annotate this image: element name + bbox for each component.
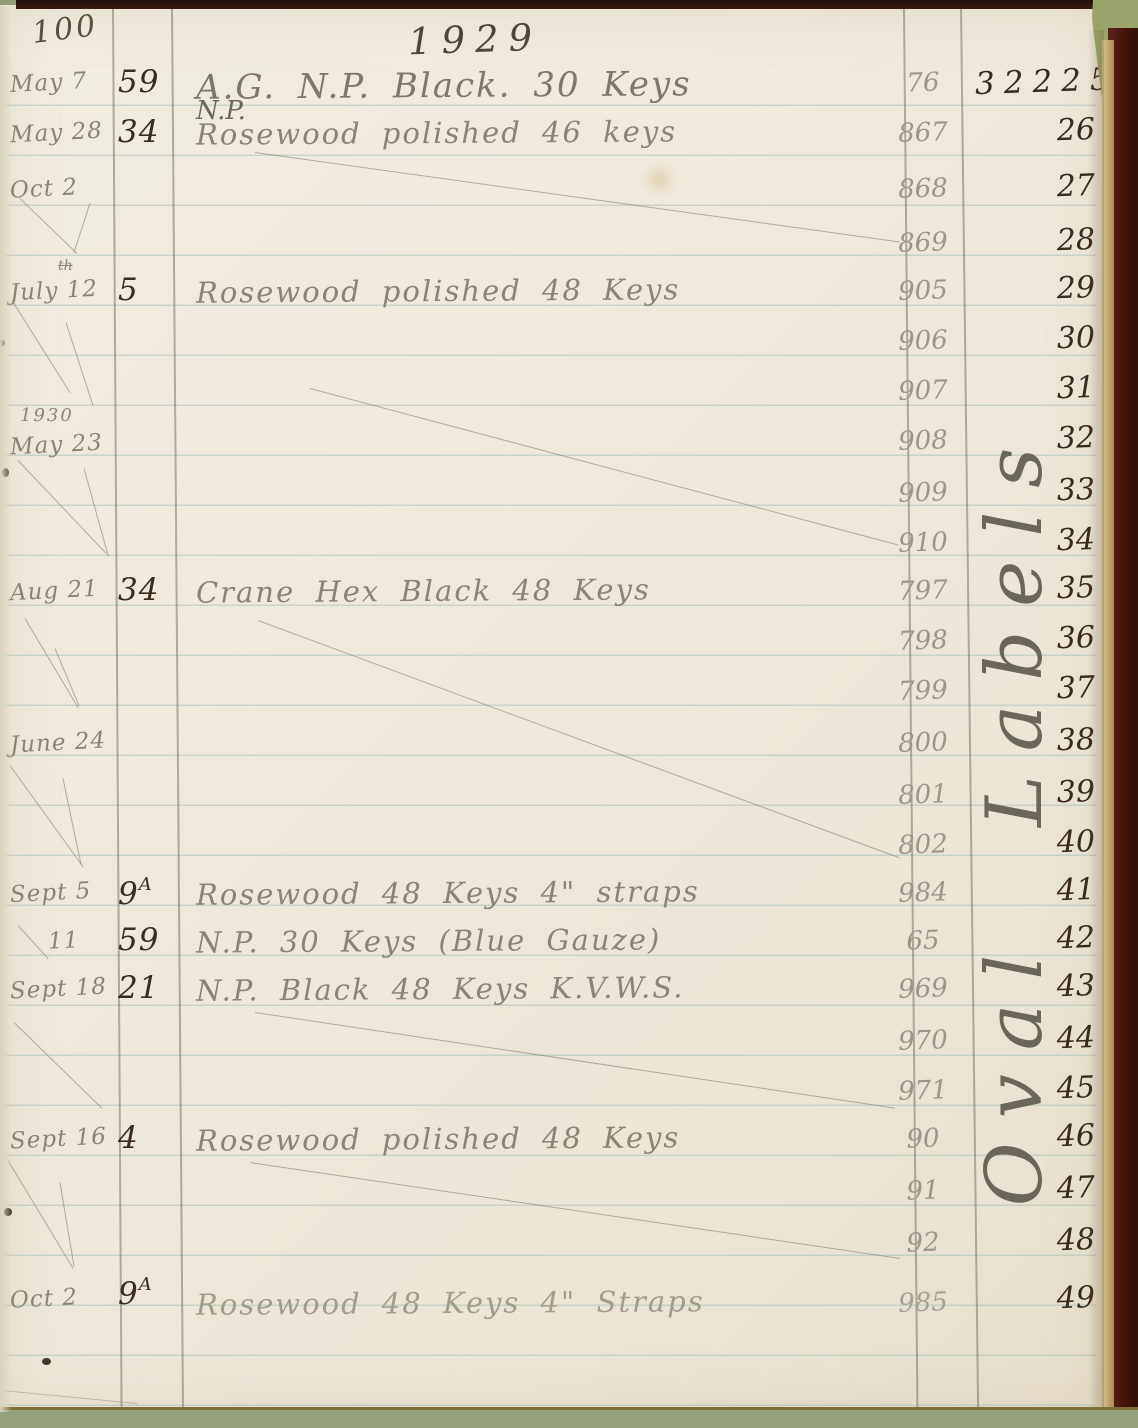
entry-date: 11 <box>47 927 80 955</box>
ledger-row: Aug 21 34 Crane Hex Black 48 Keys 797 35 <box>0 570 1108 620</box>
ledger-row: May 7 59 A.G. N.P. Black. 30 Keys 76 322… <box>0 62 1108 112</box>
entry-description: N.P. Black 48 Keys K.V.W.S. <box>196 970 685 1007</box>
entry-qty: 34 <box>118 572 159 608</box>
entry-qty: 5 <box>118 272 139 308</box>
entry-date: Sept 5 <box>9 878 92 908</box>
label-number: 30 <box>974 320 1095 359</box>
ledger-row: 906 30 <box>0 320 1108 370</box>
serial-number: 802 <box>884 829 963 862</box>
serial-number: 90 <box>884 1123 963 1156</box>
ledger-row: 92 48 <box>0 1222 1108 1272</box>
serial-number: 797 <box>884 575 963 608</box>
ledger-row: Sept 5 9A Rosewood 48 Keys 4" straps 984… <box>0 872 1108 922</box>
serial-number: 909 <box>884 477 963 510</box>
scanned-ledger-page: { "page": { "page_number": "100", "year_… <box>0 0 1138 1428</box>
entry-date: Aug 21 <box>9 576 99 607</box>
entry-date-note: th <box>58 258 73 274</box>
ledger-row: 799 37 <box>0 670 1108 720</box>
ledger-row: 798 36 <box>0 620 1108 670</box>
serial-number: 92 <box>884 1227 963 1260</box>
serial-number: 800 <box>884 727 963 760</box>
entry-description: Rosewood 48 Keys 4" Straps <box>196 1284 705 1322</box>
ledger-row: 971 45 <box>0 1070 1108 1120</box>
entry-qty-superscript: A <box>139 1274 153 1295</box>
entry-qty: 59 <box>118 64 159 100</box>
entry-qty-superscript: A <box>139 874 153 895</box>
entry-date: Oct 2 <box>9 1284 78 1314</box>
serial-number: 971 <box>884 1075 963 1108</box>
entry-description: Crane Hex Black 48 Keys <box>196 572 651 609</box>
ledger-row: June 24 800 38 <box>0 722 1108 772</box>
ledger-row: Oct 2 9A Rosewood 48 Keys 4" Straps 985 … <box>0 1272 1108 1322</box>
entry-description: Rosewood polished 46 keys <box>196 114 677 151</box>
year-heading: 1929 <box>407 16 543 64</box>
entry-qty: 9A <box>118 874 153 912</box>
entry-description: A.G. N.P. Black. 30 Keys <box>196 64 692 107</box>
entry-date: May 28 <box>9 118 103 149</box>
entry-date: Sept 18 <box>9 973 107 1004</box>
serial-number: 91 <box>884 1175 963 1208</box>
serial-number: 868 <box>884 173 963 206</box>
label-number: 29 <box>974 270 1095 309</box>
paper-stain <box>648 170 670 188</box>
serial-number: 65 <box>884 925 963 958</box>
label-number: 27 <box>974 168 1095 207</box>
ledger-row: 909 33 <box>0 472 1108 522</box>
serial-number: 969 <box>884 973 963 1006</box>
ledger-row: Sept 18 21 N.P. Black 48 Keys K.V.W.S. 9… <box>0 968 1108 1018</box>
serial-number: 869 <box>884 227 963 260</box>
serial-number: 906 <box>884 325 963 358</box>
entry-date: June 24 <box>9 728 106 759</box>
ledger-row: 869 28 <box>0 222 1108 272</box>
entry-qty: 4 <box>118 1120 139 1156</box>
page-left-edge <box>0 6 12 1412</box>
ledger-row: 1930 May 23 908 32 <box>0 420 1108 470</box>
serial-number: 910 <box>884 527 963 560</box>
label-number: 26 <box>974 112 1095 151</box>
ledger-row: 91 47 <box>0 1170 1108 1220</box>
label-number: 28 <box>974 222 1095 261</box>
entry-qty: 9A <box>118 1274 153 1312</box>
page-edge-shadow <box>1088 30 1104 1410</box>
entry-year-note: 1930 <box>20 405 74 426</box>
entry-date: May 23 <box>9 430 103 461</box>
notebook-top-binding <box>16 0 1108 9</box>
ledger-row: 907 31 <box>0 370 1108 420</box>
entry-date: July 12 <box>9 276 98 307</box>
cover-bottom-edge <box>0 1407 1138 1428</box>
ledger-row: Oct 2 868 27 <box>0 168 1108 218</box>
entry-date: May 7 <box>9 68 87 98</box>
ledger-row: 910 34 <box>0 522 1108 572</box>
entry-qty: 59 <box>118 922 159 958</box>
entry-date: Oct 2 <box>9 174 78 204</box>
ledger-row: Sept 16 4 Rosewood polished 48 Keys 90 4… <box>0 1118 1108 1168</box>
serial-number: 905 <box>884 275 963 308</box>
serial-number: 76 <box>884 67 963 100</box>
ledger-row: 802 40 <box>0 824 1108 874</box>
serial-number: 798 <box>884 625 963 658</box>
serial-number: 799 <box>884 675 963 708</box>
entry-qty: 34 <box>118 114 159 150</box>
ledger-row: 801 39 <box>0 774 1108 824</box>
entry-description: Rosewood 48 Keys 4" straps <box>196 874 700 912</box>
serial-number: 970 <box>884 1025 963 1058</box>
entry-description: Rosewood polished 48 Keys <box>196 1120 681 1157</box>
entry-qty: 21 <box>118 970 159 1006</box>
vertical-note: Oval Labels <box>970 365 1060 1265</box>
serial-number: 908 <box>884 425 963 458</box>
label-number: 49 <box>974 1280 1095 1319</box>
serial-number: 985 <box>884 1287 963 1320</box>
serial-number: 801 <box>884 779 963 812</box>
ledger-row: May 28 34 N.P. Rosewood polished 46 keys… <box>0 112 1108 162</box>
label-number: 32225 <box>974 62 1095 102</box>
entry-description: N.P. 30 Keys (Blue Gauze) <box>196 922 662 959</box>
entry-date: Sept 16 <box>9 1123 107 1154</box>
paper-speck <box>42 1358 51 1365</box>
ledger-row: 970 44 <box>0 1020 1108 1070</box>
serial-number: 907 <box>884 375 963 408</box>
serial-number: 867 <box>884 117 963 150</box>
ledger-row: July 12 th 5 Rosewood polished 48 Keys 9… <box>0 270 1108 320</box>
entry-description: Rosewood polished 48 Keys <box>196 272 681 309</box>
serial-number: 984 <box>884 877 963 910</box>
ledger-row: 11 59 N.P. 30 Keys (Blue Gauze) 65 42 <box>0 920 1108 970</box>
